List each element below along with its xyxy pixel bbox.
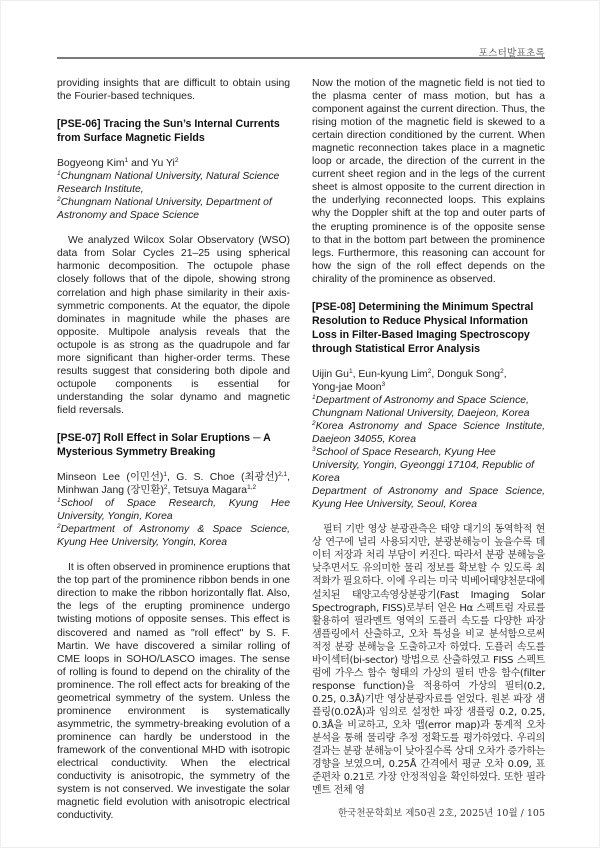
author-name: G. S. Choe (최광선) <box>176 472 278 483</box>
abstract-title: [PSE-08] Determining the Minimum Spectra… <box>312 300 545 356</box>
abstract-title: [PSE-07] Roll Effect in Solar Eruptions … <box>57 431 290 459</box>
author-name: Yong-jae Moon <box>312 382 382 393</box>
abstract-body: 필터 기반 영상 분광관측은 태양 대기의 동역학적 현상 연구에 널리 사용되… <box>312 523 545 797</box>
affiliation: 1Chungnam National University, Natural S… <box>57 170 290 196</box>
right-column: Now the motion of the magnetic field is … <box>312 77 545 797</box>
affiliation: 1School of Space Research, Kyung Hee Uni… <box>57 497 290 523</box>
abstract-pse-08: [PSE-08] Determining the Minimum Spectra… <box>312 300 545 798</box>
author-name: Minhwan Jang (장민환) <box>57 485 164 496</box>
affiliation: 2Department of Astronomy & Space Science… <box>57 523 290 549</box>
abstract-pse-06: [PSE-06] Tracing the Sun’s Internal Curr… <box>57 117 290 417</box>
author-name: Tetsuya Magara <box>173 485 247 496</box>
affiliation: 2Korea Astronomy and Space Science Insti… <box>312 420 545 446</box>
affiliation: 1Department of Astronomy and Space Scien… <box>312 394 545 420</box>
page-footer: 한국천문학회보 제50권 2호, 2025년 10월 / 105 <box>300 805 545 819</box>
abstract-title: [PSE-06] Tracing the Sun’s Internal Curr… <box>57 117 290 145</box>
author-list: Uijin Gu1, Eun-kyung Lim2, Donguk Song2,… <box>312 368 545 394</box>
author-list: Bogyeong Kim1 and Yu Yi2 <box>57 157 290 170</box>
author-name: Yu Yi <box>151 158 175 169</box>
abstract-pse-07: [PSE-07] Roll Effect in Solar Eruptions … <box>57 431 290 822</box>
affiliation: 2Chungnam National University, Departmen… <box>57 196 290 222</box>
previous-abstract-continuation: providing insights that are difficult to… <box>57 77 290 103</box>
left-column: providing insights that are difficult to… <box>57 77 290 822</box>
abstract-body: We analyzed Wilcox Solar Observatory (WS… <box>57 234 290 417</box>
abstract-body-continuation: Now the motion of the magnetic field is … <box>312 77 545 286</box>
author-name: Uijin Gu <box>312 369 349 380</box>
author-name: Eun-kyung Lim <box>358 369 427 380</box>
author-name: Minseon Lee (이민선) <box>57 472 163 483</box>
author-name: Donguk Song <box>437 369 500 380</box>
affiliation: 3School of Space Research, Kyung Hee Uni… <box>312 446 545 485</box>
author-list: Minseon Lee (이민선)1, G. S. Choe (최광선)2,1,… <box>57 471 290 497</box>
header-rule <box>57 57 545 59</box>
author-name: Bogyeong Kim <box>57 158 125 169</box>
affiliation: Department of Astronomy and Space Scienc… <box>312 485 545 511</box>
abstract-body: It is often observed in prominence erupt… <box>57 561 290 822</box>
